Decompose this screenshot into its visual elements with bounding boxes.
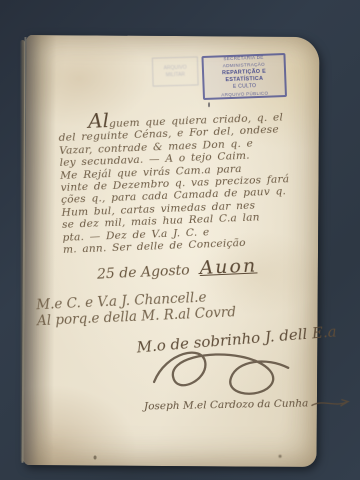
manuscript-page: ARQUIVO MILITAR SECRETARIA DE ADMINISTRA… bbox=[24, 35, 320, 467]
attribution-name: Joseph M.el Cardozo da Cunha bbox=[144, 397, 309, 412]
archive-ink-stamp: SECRETARIA DE ADMINISTRAÇÃO REPARTIÇÃO E… bbox=[201, 53, 287, 100]
date-text: 25 de Agosto bbox=[97, 262, 190, 282]
attribution-tail-flourish bbox=[310, 397, 352, 410]
date-line: 25 de AgostoAuon bbox=[96, 254, 257, 283]
ink-speck bbox=[208, 102, 210, 107]
faint-stamp-line: MILITAR bbox=[153, 71, 197, 79]
binding-gutter-shadow bbox=[24, 35, 57, 465]
date-rubric-flourish: Auon bbox=[189, 254, 258, 279]
paper-speck bbox=[279, 455, 282, 458]
attribution-line: Joseph M.el Cardozo da Cunha bbox=[144, 397, 353, 413]
signature-rubric-flourish bbox=[146, 342, 306, 405]
paper-speck bbox=[94, 455, 97, 459]
manuscript-body-text: Alguem que quiera criado, q. el del regu… bbox=[58, 107, 315, 256]
address-block: M.e C. e V.a J. Chancell.e Al porq.e del… bbox=[36, 289, 236, 329]
faint-archive-stamp: ARQUIVO MILITAR bbox=[152, 56, 199, 86]
scanned-document-photo: ARQUIVO MILITAR SECRETARIA DE ADMINISTRA… bbox=[0, 0, 360, 480]
opening-initial: Al bbox=[88, 108, 110, 133]
